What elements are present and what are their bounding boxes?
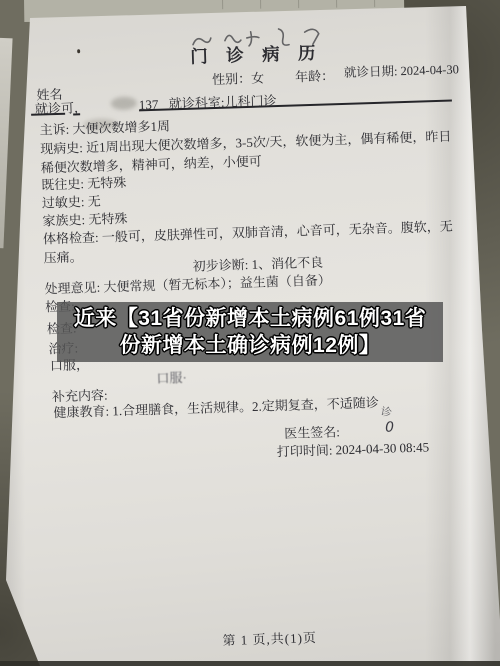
field-value: 1.合理膳食，生活规律。2.定期复查，不适随诊 [112,395,379,418]
photo-bottom-edge [0,661,500,666]
field-label: 家族史: [42,212,85,228]
field-label: 健康教育: [53,403,109,420]
oral-note: 口服· [156,369,187,388]
field-value: 无特殊 [88,211,127,227]
gender-field: 性别：女 [212,69,265,89]
field-label: 现病史: [40,140,83,156]
field-value: 无 [88,194,101,209]
news-caption-line2: 份新增本土确诊病例12例】 [120,332,381,359]
news-caption-line1: 近来【31省份新增本土病例61例31省 [74,305,427,332]
photo-scene: 门 诊 病 历 性别：女 年龄： 就诊日期: 2024-04-30 姓名 就诊可… [0,0,500,666]
field-label: 体格检查: [43,230,99,247]
field-value: 无特殊 [87,175,126,191]
print-time-field: 打印时间: 2024-04-30 08:45 [277,438,430,461]
divider-line [73,113,80,115]
field-value: 大便次数增多1周 [72,118,170,136]
doctor-signature-label: 医生签名: [284,423,340,443]
card-prefix: 就诊可， [35,99,88,119]
field-label: 处理意见: [44,280,100,297]
visit-date-field: 就诊日期: 2024-04-30 [344,60,459,82]
field-label: 过敏史: [42,194,85,210]
department-field: 就诊科室:儿科门诊 [169,92,277,114]
doctor-signature-mark: 0 [385,419,394,438]
age-field: 年龄： [295,67,335,87]
news-caption-overlay: 近来【31省份新增本土病例61例31省 份新增本土确诊病例12例】 [57,302,443,362]
page-footer: 第 1 页,共(1)页 [65,624,475,655]
field-label: 主诉: [39,122,69,138]
field-label: 既往史: [41,176,84,192]
card-number: 137 [139,96,159,115]
redaction-smudge [111,96,137,110]
